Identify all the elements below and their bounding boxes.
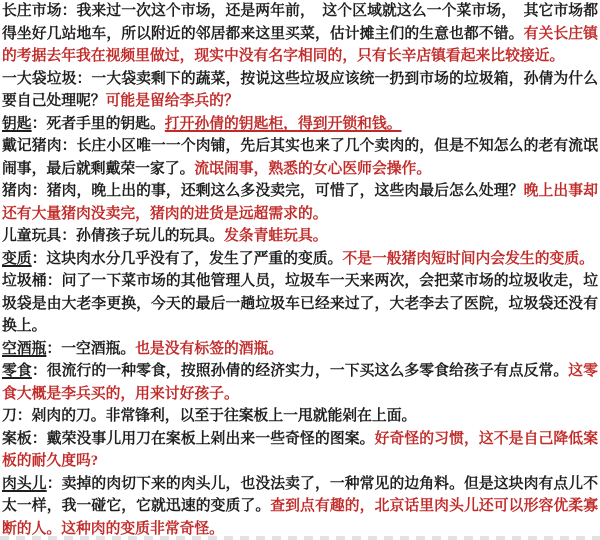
paragraph-changzhuang-market: 长庄市场：我来过一次这个市场，还是两年前， 这个区域就这么一个菜市场， 其它市场…	[2, 0, 598, 68]
notes-document-body: 长庄市场：我来过一次这个市场，还是两年前， 这个区域就这么一个菜市场， 其它市场…	[0, 0, 600, 540]
body-text-segment: 案板：戴荣没事儿用刀在案板上剁出来一些奇怪的图案。	[2, 431, 375, 447]
paragraph-key: 钥匙：死者手里的钥匙。打开孙倩的钥匙柜，得到开锁和钱。	[2, 113, 598, 136]
cutoff-next-line-fragment	[0, 536, 600, 540]
underlined-term: 空酒瓶	[2, 341, 46, 357]
paragraph-cutting-board: 案板：戴荣没事儿用刀在案板上剁出来一些奇怪的图案。好奇怪的习惯，这不是自己降低案…	[2, 428, 598, 473]
red-note-segment: 不是一般猪肉短时间内会发生的变质。	[342, 251, 594, 267]
paragraph-bag-of-garbage: 一大袋垃圾：一大袋卖剩下的蔬菜，按说这些垃圾应该统一扔到市场的垃圾箱，孙倩为什么…	[2, 68, 598, 113]
red-note-segment: 也是没有标签的酒瓶。	[135, 341, 283, 357]
underlined-term: 钥匙	[2, 116, 32, 132]
red-note-segment: 发条青蛙玩具。	[224, 228, 328, 244]
paragraph-pork: 猪肉：猪肉，晚上出的事，还剩这么多没卖完，可惜了，这些肉最后怎么处理？晚上出事却…	[2, 180, 598, 225]
red-underlined-note-segment: 打开孙倩的钥匙柜，得到开锁和钱。	[165, 116, 402, 132]
underlined-term: 零食	[2, 363, 32, 379]
paragraph-childrens-toy: 儿童玩具：孙倩孩子玩儿的玩具。发条青蛙玩具。	[2, 225, 598, 248]
red-note-segment: 流氓闹事，熟悉的女心医师会操作。	[194, 161, 431, 177]
body-text-segment: 儿童玩具：孙倩孩子玩儿的玩具。	[2, 228, 224, 244]
paragraph-empty-bottle: 空酒瓶：一空酒瓶。也是没有标签的酒瓶。	[2, 338, 598, 361]
body-text-segment: 一大袋垃圾：一大袋卖剩下的蔬菜，按说这些垃圾应该统一扔到市场的垃圾箱，孙倩为什么…	[2, 71, 598, 110]
body-text-segment: 刀：剁肉的刀。非常锋利，以至于往案板上一甩就能剁在上面。	[2, 408, 416, 424]
paragraph-spoilage: 变质：这块肉水分几乎没有了，发生了严重的变质。不是一般猪肉短时间内会发生的变质。	[2, 248, 598, 271]
paragraph-knife: 刀：剁肉的刀。非常锋利，以至于往案板上一甩就能剁在上面。	[2, 405, 598, 428]
body-text-segment: ：一空酒瓶。	[46, 341, 135, 357]
paragraph-snacks: 零食：很流行的一种零食，按照孙倩的经济实力，一下买这么多零食给孩子有点反常。这零…	[2, 360, 598, 405]
paragraph-daiji-pork-shop: 戴记猪肉：长庄小区唯一一个肉铺，先后其实也来了几个卖肉的，但是不知怎么的老有流氓…	[2, 135, 598, 180]
body-text-segment: ：很流行的一种零食，按照孙倩的经济实力，一下买这么多零食给孩子有点反常。	[32, 363, 568, 379]
body-text-segment: 垃圾桶：问了一下菜市场的其他管理人员，垃圾车一天来两次，会把菜市场的垃圾收走，垃…	[2, 273, 598, 334]
paragraph-garbage-bin: 垃圾桶：问了一下菜市场的其他管理人员，垃圾车一天来两次，会把菜市场的垃圾收走，垃…	[2, 270, 598, 338]
paragraph-meat-scrap: 肉头儿：卖掉的肉切下来的肉头儿，也没法卖了，一种常见的边角料。但是这块肉有点儿不…	[2, 473, 598, 540]
underlined-term: 变质	[2, 251, 32, 267]
body-text-segment: ：死者手里的钥匙。	[32, 116, 165, 132]
body-text-segment: 长庄市场：我来过一次这个市场，还是两年前， 这个区域就这么一个菜市场， 其它市场…	[2, 3, 598, 42]
body-text-segment: 猪肉：猪肉，晚上出的事，还剩这么多没卖完，可惜了，这些肉最后怎么处理？	[2, 183, 524, 199]
underlined-term: 肉头儿	[2, 476, 47, 492]
body-text-segment: ：这块肉水分几乎没有了，发生了严重的变质。	[32, 251, 343, 267]
red-note-segment: 可能是留给李兵的？	[106, 93, 239, 109]
